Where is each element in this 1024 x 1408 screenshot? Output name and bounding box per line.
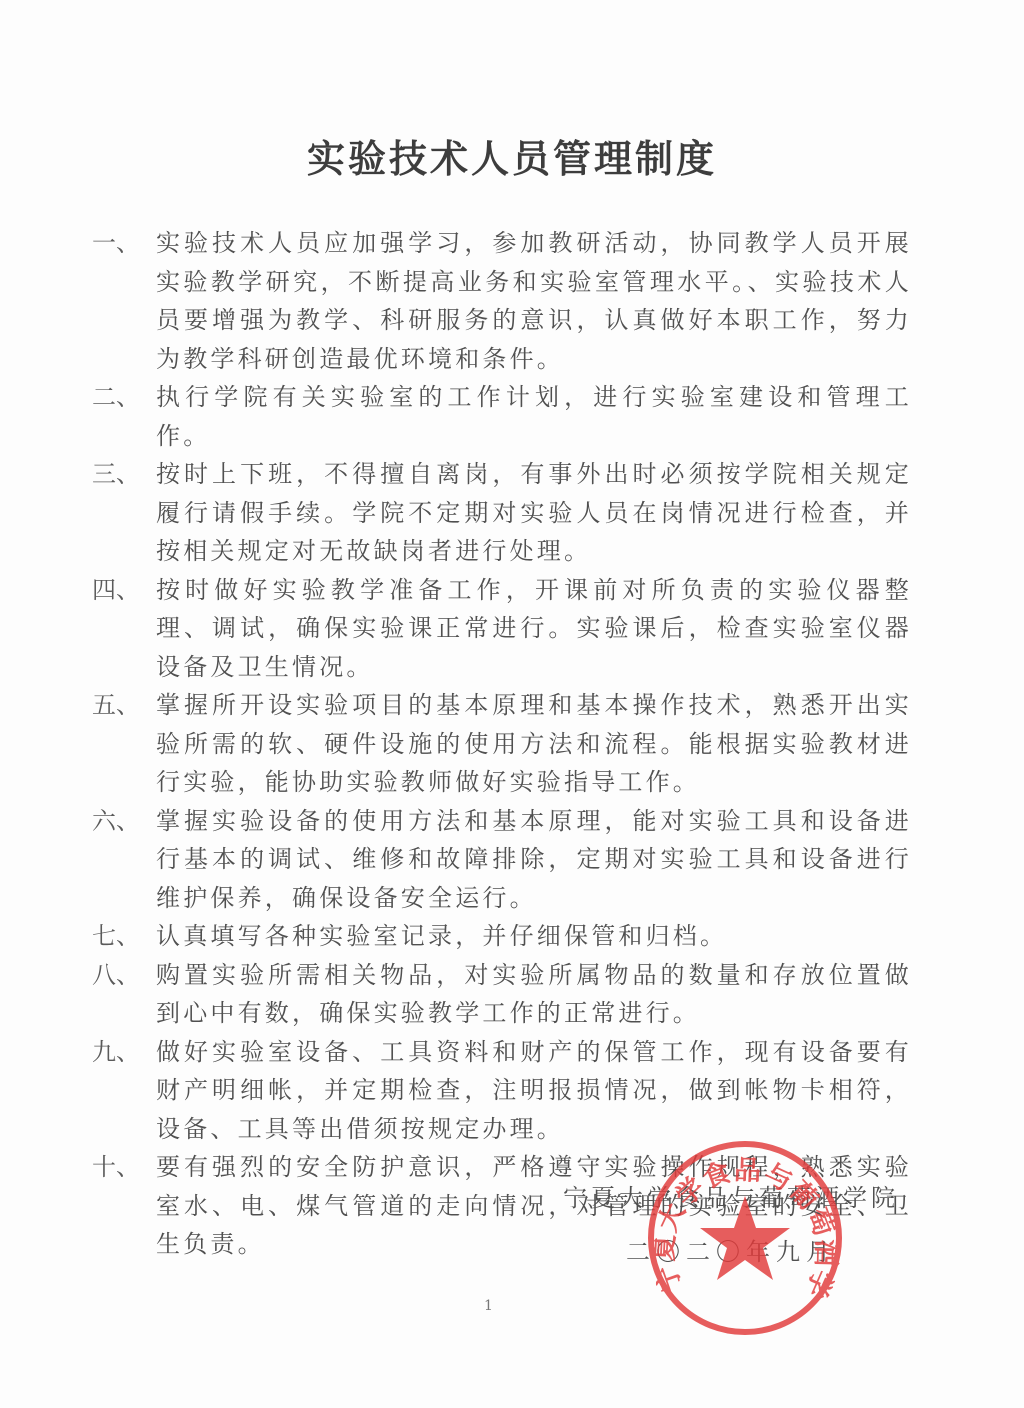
regulation-item-2: 二、 执行学院有关实验室的工作计划，进行实验室建设和管理工作。: [92, 378, 912, 455]
item-number: 八、: [92, 956, 156, 995]
item-number: 五、: [92, 686, 156, 725]
page-number: 1: [484, 1298, 493, 1314]
regulation-item-9: 九、 做好实验室设备、工具资料和财产的保管工作，现有设备要有财产明细帐，并定期检…: [92, 1033, 912, 1149]
regulation-item-1: 一、 实验技术人员应加强学习，参加教研活动，协同教学人员开展实验教学研究，不断提…: [92, 224, 912, 378]
item-text: 做好实验室设备、工具资料和财产的保管工作，现有设备要有财产明细帐，并定期检查，注…: [156, 1033, 912, 1149]
regulation-list: 一、 实验技术人员应加强学习，参加教研活动，协同教学人员开展实验教学研究，不断提…: [92, 224, 912, 1264]
regulation-item-7: 七、 认真填写各种实验室记录，并仔细保管和归档。: [92, 917, 912, 956]
official-seal: 宁夏大学食品与葡萄酒学院: [645, 1138, 845, 1338]
item-number: 七、: [92, 917, 156, 956]
document-page: 实验技术人员管理制度 一、 实验技术人员应加强学习，参加教研活动，协同教学人员开…: [0, 0, 1024, 1408]
regulation-item-5: 五、 掌握所开设实验项目的基本原理和基本操作技术，熟悉开出实验所需的软、硬件设施…: [92, 686, 912, 802]
regulation-item-8: 八、 购置实验所需相关物品，对实验所属物品的数量和存放位置做到心中有数，确保实验…: [92, 956, 912, 1033]
item-number: 四、: [92, 571, 156, 610]
item-text: 购置实验所需相关物品，对实验所属物品的数量和存放位置做到心中有数，确保实验教学工…: [156, 956, 912, 1033]
regulation-item-3: 三、 按时上下班，不得擅自离岗，有事外出时必须按学院相关规定履行请假手续。学院不…: [92, 455, 912, 571]
item-number: 二、: [92, 378, 156, 417]
star-icon: [700, 1196, 790, 1280]
item-number: 六、: [92, 802, 156, 841]
regulation-item-6: 六、 掌握实验设备的使用方法和基本原理，能对实验工具和设备进行基本的调试、维修和…: [92, 802, 912, 918]
item-text: 实验技术人员应加强学习，参加教研活动，协同教学人员开展实验教学研究，不断提高业务…: [156, 224, 912, 378]
item-number: 十、: [92, 1148, 156, 1187]
regulation-item-4: 四、 按时做好实验教学准备工作，开课前对所负责的实验仪器整理、调试，确保实验课正…: [92, 571, 912, 687]
item-number: 三、: [92, 455, 156, 494]
document-title: 实验技术人员管理制度: [0, 128, 1024, 183]
item-text: 掌握实验设备的使用方法和基本原理，能对实验工具和设备进行基本的调试、维修和故障排…: [156, 802, 912, 918]
item-text: 掌握所开设实验项目的基本原理和基本操作技术，熟悉开出实验所需的软、硬件设施的使用…: [156, 686, 912, 802]
item-number: 一、: [92, 224, 156, 263]
item-text: 执行学院有关实验室的工作计划，进行实验室建设和管理工作。: [156, 378, 912, 455]
item-text: 按时做好实验教学准备工作，开课前对所负责的实验仪器整理、调试，确保实验课正常进行…: [156, 571, 912, 687]
item-text: 按时上下班，不得擅自离岗，有事外出时必须按学院相关规定履行请假手续。学院不定期对…: [156, 455, 912, 571]
item-text: 认真填写各种实验室记录，并仔细保管和归档。: [156, 917, 912, 956]
item-number: 九、: [92, 1033, 156, 1072]
